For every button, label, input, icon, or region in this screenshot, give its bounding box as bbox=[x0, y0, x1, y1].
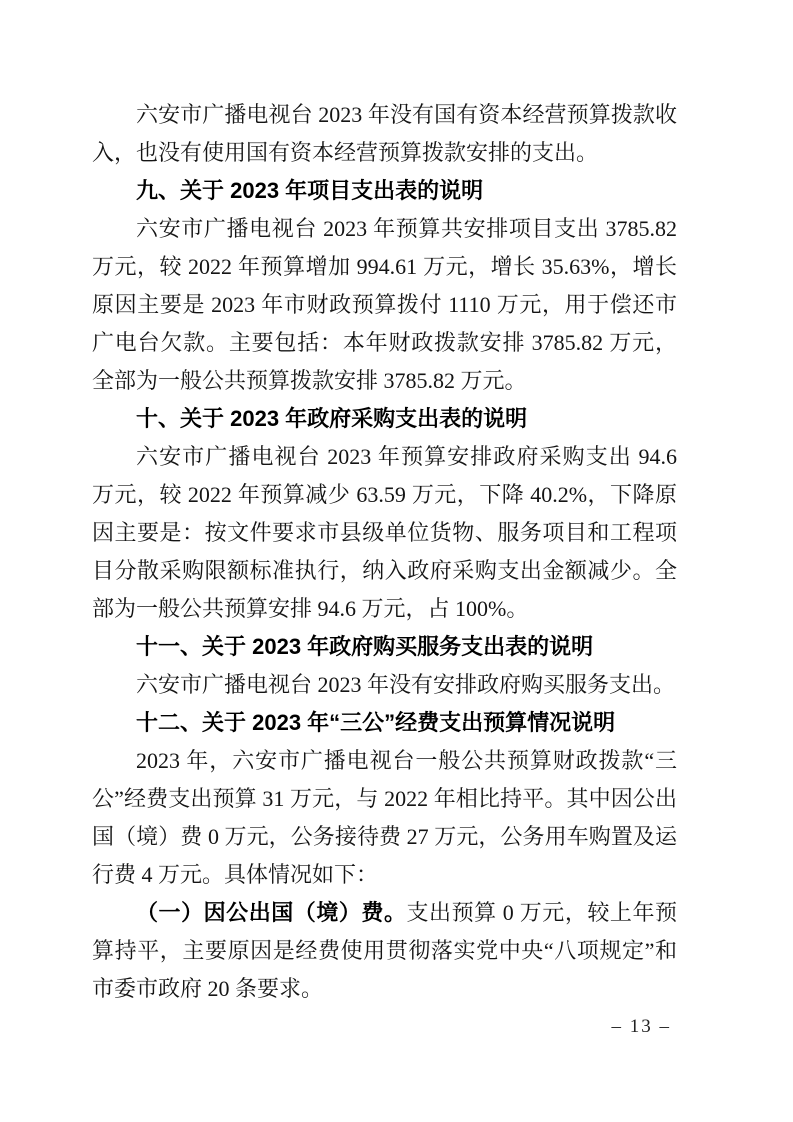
paragraph-no-state-capital-budget: 六安市广播电视台 2023 年没有国有资本经营预算拨款收入，也没有使用国有资本经… bbox=[92, 96, 677, 172]
paragraph-lead-overseas-travel-label: （一）因公出国（境）费。 bbox=[136, 900, 407, 925]
section-heading-10-government-procurement: 十、关于 2023 年政府采购支出表的说明 bbox=[92, 400, 677, 438]
document-body: 六安市广播电视台 2023 年没有国有资本经营预算拨款收入，也没有使用国有资本经… bbox=[92, 96, 677, 1008]
section-heading-12-three-public-funds: 十二、关于 2023 年“三公”经费支出预算情况说明 bbox=[92, 704, 677, 742]
paragraph-purchased-services-detail: 六安市广播电视台 2023 年没有安排政府购买服务支出。 bbox=[92, 666, 677, 704]
paragraph-project-expenditure-detail: 六安市广播电视台 2023 年预算共安排项目支出 3785.82 万元，较 20… bbox=[92, 210, 677, 400]
section-heading-11-purchased-services: 十一、关于 2023 年政府购买服务支出表的说明 bbox=[92, 628, 677, 666]
document-page: 六安市广播电视台 2023 年没有国有资本经营预算拨款收入，也没有使用国有资本经… bbox=[0, 0, 793, 1122]
section-heading-9-project-expenditure: 九、关于 2023 年项目支出表的说明 bbox=[92, 172, 677, 210]
paragraph-three-public-funds-detail: 2023 年，六安市广播电视台一般公共预算财政拨款“三公”经费支出预算 31 万… bbox=[92, 742, 677, 894]
paragraph-government-procurement-detail: 六安市广播电视台 2023 年预算安排政府采购支出 94.6 万元，较 2022… bbox=[92, 438, 677, 628]
paragraph-overseas-travel-expense: （一）因公出国（境）费。支出预算 0 万元，较上年预算持平，主要原因是经费使用贯… bbox=[92, 894, 677, 1008]
page-number: – 13 – bbox=[612, 1014, 672, 1040]
